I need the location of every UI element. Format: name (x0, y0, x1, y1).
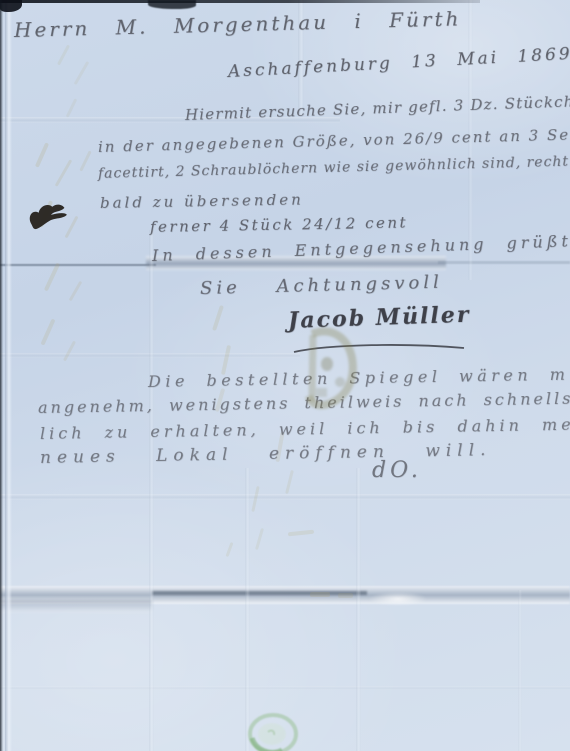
body-line-3: facettirt, 2 Schraublöchern wie sie gewö… (98, 154, 569, 182)
fold-crease-horizontal-690 (0, 686, 570, 690)
body-line-1: Hiermit ersuche Sie, mir gefl. 3 Dz. Stü… (185, 92, 570, 124)
scan-edge-top-mid-blob (148, 0, 196, 9)
recipient-line: Herrn M. Morgenthau i Fürth (14, 6, 462, 42)
closing-line-2: Sie Achtungsvoll (200, 272, 443, 299)
postmark-ghost-icon (296, 326, 366, 412)
crumple-glare-low (368, 592, 428, 606)
fold-crease-horizontal-356 (0, 353, 300, 358)
fold-crease-horizontal-497 (0, 494, 570, 500)
fold-crease-horizontal-low-dark-core (152, 591, 367, 595)
fold-crease-horizontal-mid-dark-left (0, 264, 156, 266)
letter-sheet: Herrn M. Morgenthau i Fürth Aschaffenbur… (0, 0, 570, 751)
closing-line-1: In dessen Entgegensehung grüßt (152, 231, 570, 265)
postscript-line-3: lich zu erhalten, weil ich bis dahin mei… (40, 414, 570, 443)
seal-ghost-icon (244, 712, 304, 751)
scan-edge-top (0, 0, 480, 3)
body-line-5: ferner 4 Stück 24/12 cent (150, 213, 408, 236)
fold-crease-horizontal-low-band (0, 586, 570, 604)
scan-edge-top-left-blob (0, 0, 22, 12)
scan-edge-left (0, 0, 3, 751)
postscript-initials: dO. (372, 458, 422, 483)
ink-blot-icon (26, 200, 72, 235)
fold-crease-vertical-247 (245, 468, 250, 751)
fold-crease-vertical-152 (149, 230, 154, 751)
fold-crease-horizontal-mid-right (438, 261, 570, 264)
fold-crease-vertical-520-bottom (518, 590, 522, 751)
fold-crease-vertical-left-edge (5, 0, 12, 751)
fold-crease-vertical-358 (356, 468, 361, 751)
body-line-2: in der angegebenen Größe, von 26/9 cent … (98, 125, 570, 156)
date-line: Aschaffenburg 13 Mai 1869 (227, 44, 570, 82)
postscript-line-4: neues Lokal eröffnen will. (40, 440, 492, 468)
body-line-4: bald zu übersenden (100, 190, 304, 212)
fold-crease-horizontal-low-left-wedge (0, 600, 152, 613)
